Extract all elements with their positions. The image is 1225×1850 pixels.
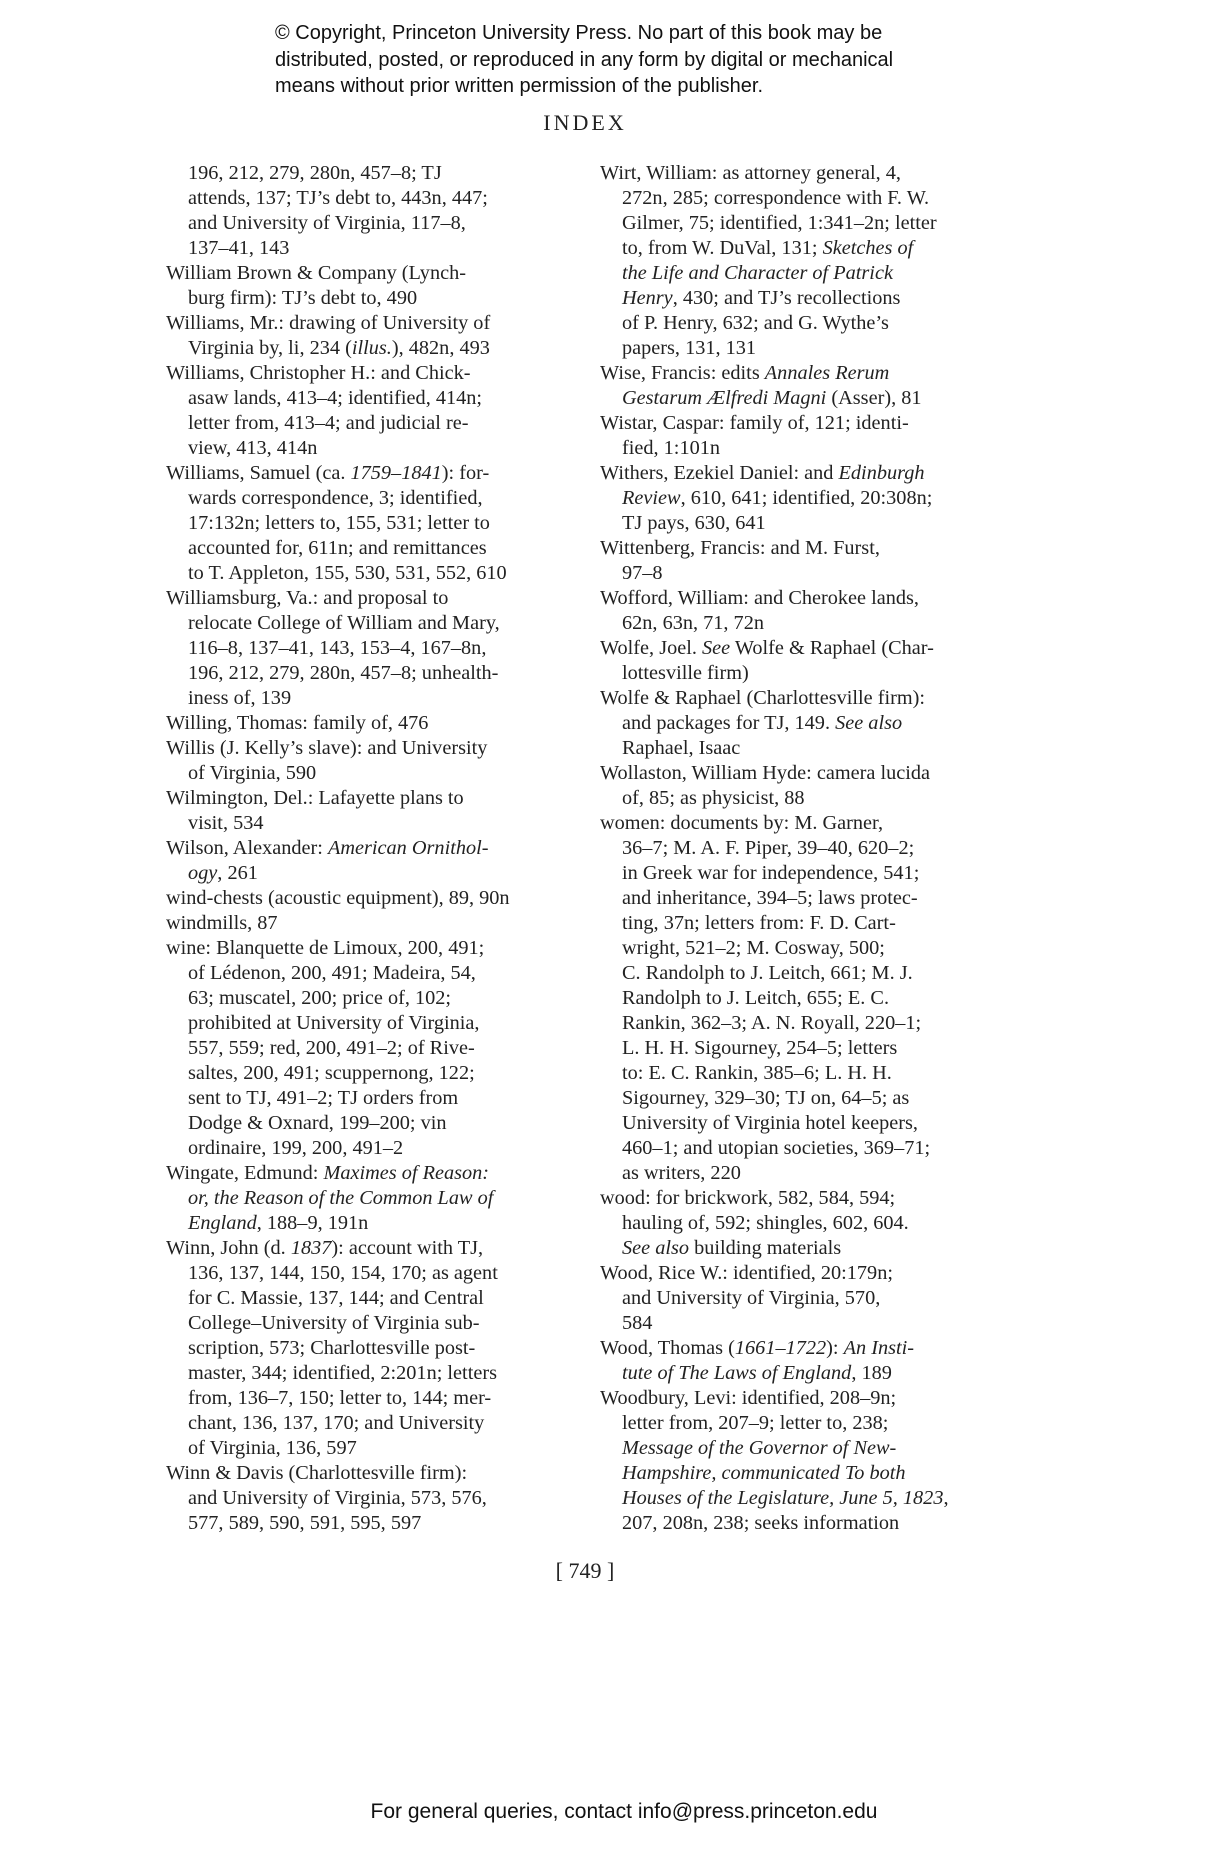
index-entry: Wise, Francis: edits Annales Rerum — [600, 361, 1020, 386]
index-entry-continuation: to, from W. DuVal, 131; Sketches of — [600, 236, 1020, 261]
index-entry-continuation: Virginia by, li, 234 (illus.), 482n, 493 — [166, 336, 586, 361]
index-entry-continuation: Message of the Governor of New- — [600, 1436, 1020, 1461]
index-entry-continuation: as writers, 220 — [600, 1161, 1020, 1186]
index-entry-continuation: sent to TJ, 491–2; TJ orders from — [166, 1086, 586, 1111]
index-entry: Williams, Samuel (ca. 1759–1841): for- — [166, 461, 586, 486]
index-entry-continuation: fied, 1:101n — [600, 436, 1020, 461]
index-entry-continuation: Raphael, Isaac — [600, 736, 1020, 761]
index-entry-continuation: Henry, 430; and TJ’s recollections — [600, 286, 1020, 311]
index-entry-continuation: the Life and Character of Patrick — [600, 261, 1020, 286]
index-entry-continuation: 272n, 285; correspondence with F. W. — [600, 186, 1020, 211]
index-entry-continuation: letter from, 413–4; and judicial re- — [166, 411, 586, 436]
index-entry: Wistar, Caspar: family of, 121; identi- — [600, 411, 1020, 436]
copyright-line: means without prior written permission o… — [275, 73, 975, 100]
index-entry-continuation: master, 344; identified, 2:201n; letters — [166, 1361, 586, 1386]
index-entry-continuation: England, 188–9, 191n — [166, 1211, 586, 1236]
index-entry-continuation: 63; muscatel, 200; price of, 102; — [166, 986, 586, 1011]
index-entry-continuation: 136, 137, 144, 150, 154, 170; as agent — [166, 1261, 586, 1286]
index-entry-continuation: 17:132n; letters to, 155, 531; letter to — [166, 511, 586, 536]
index-entry-continuation: 584 — [600, 1311, 1020, 1336]
index-entry-continuation: 557, 559; red, 200, 491–2; of Rive- — [166, 1036, 586, 1061]
index-entry-continuation: chant, 136, 137, 170; and University — [166, 1411, 586, 1436]
index-entry-continuation: view, 413, 414n — [166, 436, 586, 461]
index-entry-continuation: to T. Appleton, 155, 530, 531, 552, 610 — [166, 561, 586, 586]
index-entry-continuation: TJ pays, 630, 641 — [600, 511, 1020, 536]
index-entry: Wilson, Alexander: American Ornithol- — [166, 836, 586, 861]
index-entry-continuation: 116–8, 137–41, 143, 153–4, 167–8n, — [166, 636, 586, 661]
index-entry-continuation: relocate College of William and Mary, — [166, 611, 586, 636]
index-entry-continuation: University of Virginia hotel keepers, — [600, 1111, 1020, 1136]
index-entry: Williams, Christopher H.: and Chick- — [166, 361, 586, 386]
index-entry-continuation: letter from, 207–9; letter to, 238; — [600, 1411, 1020, 1436]
page-number: [ 749 ] — [0, 1558, 1170, 1584]
index-entry: wind-chests (acoustic equipment), 89, 90… — [166, 886, 586, 911]
index-entry: Willing, Thomas: family of, 476 — [166, 711, 586, 736]
index-entry-continuation: Review, 610, 641; identified, 20:308n; — [600, 486, 1020, 511]
index-entry-continuation: 196, 212, 279, 280n, 457–8; unhealth- — [166, 661, 586, 686]
index-entry-continuation: of Virginia, 590 — [166, 761, 586, 786]
index-entry-continuation: lottesville firm) — [600, 661, 1020, 686]
index-column-right: Wirt, William: as attorney general, 4,27… — [600, 161, 1020, 1536]
index-column-left: 196, 212, 279, 280n, 457–8; TJattends, 1… — [166, 161, 586, 1536]
index-entry-continuation: for C. Massie, 137, 144; and Central — [166, 1286, 586, 1311]
index-entry: windmills, 87 — [166, 911, 586, 936]
index-entry-continuation: and inheritance, 394–5; laws protec- — [600, 886, 1020, 911]
index-entry: Winn, John (d. 1837): account with TJ, — [166, 1236, 586, 1261]
index-entry-continuation: and University of Virginia, 570, — [600, 1286, 1020, 1311]
contact-footer: For general queries, contact info@press.… — [0, 1800, 1225, 1824]
index-entry-continuation: Gilmer, 75; identified, 1:341–2n; letter — [600, 211, 1020, 236]
copyright-notice: © Copyright, Princeton University Press.… — [275, 20, 975, 100]
index-entry-continuation: papers, 131, 131 — [600, 336, 1020, 361]
index-entry-continuation: burg firm): TJ’s debt to, 490 — [166, 286, 586, 311]
copyright-line: distributed, posted, or reproduced in an… — [275, 47, 975, 74]
index-entry-continuation: 36–7; M. A. F. Piper, 39–40, 620–2; — [600, 836, 1020, 861]
index-entry-continuation: and University of Virginia, 117–8, — [166, 211, 586, 236]
index-entry-continuation: tute of The Laws of England, 189 — [600, 1361, 1020, 1386]
index-entry-continuation: Houses of the Legislature, June 5, 1823, — [600, 1486, 1020, 1511]
index-entry: Wolfe, Joel. See Wolfe & Raphael (Char- — [600, 636, 1020, 661]
index-entry: Wood, Thomas (1661–1722): An Insti- — [600, 1336, 1020, 1361]
index-entry-continuation: iness of, 139 — [166, 686, 586, 711]
index-entry-continuation: hauling of, 592; shingles, 602, 604. — [600, 1211, 1020, 1236]
index-entry-continuation: of P. Henry, 632; and G. Wythe’s — [600, 311, 1020, 336]
index-entry-continuation: ting, 37n; letters from: F. D. Cart- — [600, 911, 1020, 936]
index-entry: Wilmington, Del.: Lafayette plans to — [166, 786, 586, 811]
index-entry-continuation: Hampshire, communicated To both — [600, 1461, 1020, 1486]
index-entry: Woodbury, Levi: identified, 208–9n; — [600, 1386, 1020, 1411]
index-entry-continuation: and packages for TJ, 149. See also — [600, 711, 1020, 736]
index-entry-continuation: or, the Reason of the Common Law of — [166, 1186, 586, 1211]
index-entry-continuation: ordinaire, 199, 200, 491–2 — [166, 1136, 586, 1161]
index-entry-continuation: of, 85; as physicist, 88 — [600, 786, 1020, 811]
index-entry-continuation: from, 136–7, 150; letter to, 144; mer- — [166, 1386, 586, 1411]
index-entry-continuation: saltes, 200, 491; scuppernong, 122; — [166, 1061, 586, 1086]
index-entry-continuation: attends, 137; TJ’s debt to, 443n, 447; — [166, 186, 586, 211]
index-entry: Wood, Rice W.: identified, 20:179n; — [600, 1261, 1020, 1286]
index-entry-continuation: 577, 589, 590, 591, 595, 597 — [166, 1511, 586, 1536]
index-entry: Withers, Ezekiel Daniel: and Edinburgh — [600, 461, 1020, 486]
index-entry: Williamsburg, Va.: and proposal to — [166, 586, 586, 611]
index-entry-continuation: 137–41, 143 — [166, 236, 586, 261]
index-entry-continuation: asaw lands, 413–4; identified, 414n; — [166, 386, 586, 411]
index-entry: Williams, Mr.: drawing of University of — [166, 311, 586, 336]
index-entry: women: documents by: M. Garner, — [600, 811, 1020, 836]
index-entry-continuation: 207, 208n, 238; seeks information — [600, 1511, 1020, 1536]
index-entry-continuation: Randolph to J. Leitch, 655; E. C. — [600, 986, 1020, 1011]
index-entry: wine: Blanquette de Limoux, 200, 491; — [166, 936, 586, 961]
index-entry-continuation: wards correspondence, 3; identified, — [166, 486, 586, 511]
index-entry: Wirt, William: as attorney general, 4, — [600, 161, 1020, 186]
index-entry: Winn & Davis (Charlottesville firm): — [166, 1461, 586, 1486]
index-entry-continuation: Dodge & Oxnard, 199–200; vin — [166, 1111, 586, 1136]
index-entry-continuation: ogy, 261 — [166, 861, 586, 886]
index-entry-continuation: College–University of Virginia sub- — [166, 1311, 586, 1336]
index-entry-continuation: of Virginia, 136, 597 — [166, 1436, 586, 1461]
index-entry-continuation: 62n, 63n, 71, 72n — [600, 611, 1020, 636]
index-entry-continuation: accounted for, 611n; and remittances — [166, 536, 586, 561]
index-entry-continuation: C. Randolph to J. Leitch, 661; M. J. — [600, 961, 1020, 986]
running-head: INDEX — [0, 110, 1170, 136]
index-entry: Wingate, Edmund: Maximes of Reason: — [166, 1161, 586, 1186]
index-entry: Wofford, William: and Cherokee lands, — [600, 586, 1020, 611]
index-entry-continuation: visit, 534 — [166, 811, 586, 836]
index-entry: wood: for brickwork, 582, 584, 594; — [600, 1186, 1020, 1211]
index-entry-continuation: prohibited at University of Virginia, — [166, 1011, 586, 1036]
index-entry-continuation: wright, 521–2; M. Cosway, 500; — [600, 936, 1020, 961]
index-entry-continuation: in Greek war for independence, 541; — [600, 861, 1020, 886]
index-entry: Wolfe & Raphael (Charlottesville firm): — [600, 686, 1020, 711]
index-entry-continuation: scription, 573; Charlottesville post- — [166, 1336, 586, 1361]
index-entry-continuation: and University of Virginia, 573, 576, — [166, 1486, 586, 1511]
index-entry: Willis (J. Kelly’s slave): and Universit… — [166, 736, 586, 761]
index-entry: William Brown & Company (Lynch- — [166, 261, 586, 286]
index-entry-continuation: L. H. H. Sigourney, 254–5; letters — [600, 1036, 1020, 1061]
index-entry: Wittenberg, Francis: and M. Furst, — [600, 536, 1020, 561]
index-entry-continuation: of Lédenon, 200, 491; Madeira, 54, — [166, 961, 586, 986]
index-entry-continuation: Sigourney, 329–30; TJ on, 64–5; as — [600, 1086, 1020, 1111]
index-entry-continuation: 97–8 — [600, 561, 1020, 586]
index-entry-continuation: See also building materials — [600, 1236, 1020, 1261]
index-entry-continuation: 196, 212, 279, 280n, 457–8; TJ — [166, 161, 586, 186]
index-entry-continuation: to: E. C. Rankin, 385–6; L. H. H. — [600, 1061, 1020, 1086]
index-entry-continuation: 460–1; and utopian societies, 369–71; — [600, 1136, 1020, 1161]
copyright-line: © Copyright, Princeton University Press.… — [275, 20, 975, 47]
index-entry-continuation: Gestarum Ælfredi Magni (Asser), 81 — [600, 386, 1020, 411]
index-entry-continuation: Rankin, 362–3; A. N. Royall, 220–1; — [600, 1011, 1020, 1036]
index-entry: Wollaston, William Hyde: camera lucida — [600, 761, 1020, 786]
